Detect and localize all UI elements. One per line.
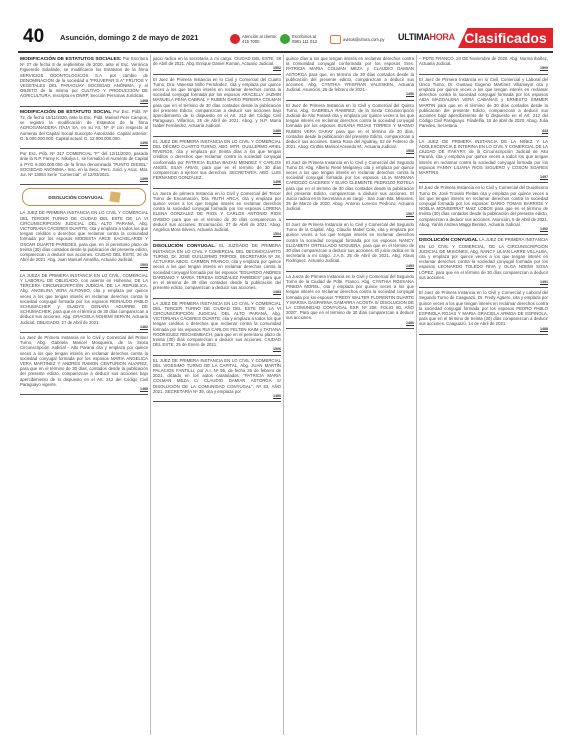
notice-body: El Juez de Primera Instancia en lo Civil… [286, 103, 414, 150]
notice-code: 1482 [20, 325, 148, 330]
page-header: 40 Asunción, domingo 2 de mayo de 2021 A… [18, 28, 553, 50]
mail-icon [330, 35, 341, 44]
notice-body: LA JUEZ DE PRIMERA INSTANCIA DE LA NIÑEZ… [419, 139, 548, 175]
notice-body: El Juez de Primera Instancia en lo Civil… [419, 290, 548, 326]
notice-body: EL JUEZ DE PRIMERA INSTANCIA EN LO CIVIL… [153, 139, 281, 180]
notice-code: 1490 [153, 394, 281, 399]
notice-body: EL JUZGADO DE PRIMERA INSTANCIA EN LO CI… [153, 243, 281, 291]
contact-value: avisos@uhora.com.py [343, 37, 385, 42]
section-banner: DISOLUCIÓN CONYUGAL [22, 188, 146, 206]
notice-code: 1503 [20, 263, 148, 268]
notice-body: El Juez de Primera Instancia en lo Civil… [286, 222, 414, 263]
classified-notice: EL JUEZ DE PRIMERA INSTANCIA EN LO CIVIL… [153, 357, 281, 403]
notice-code: 1486 [286, 321, 414, 326]
notice-body: LA JUEZ DE PRIMERA INSTANCIA EN LO CIVIL… [20, 210, 148, 262]
classified-notice: La Juez de Primera Instancia en lo Civil… [20, 334, 148, 395]
notice-code: 1497 [419, 175, 548, 180]
contact-phone: Atención al cliente:415 7000 [230, 31, 277, 47]
column-4: – PDTE FRANCO, 23 DE Noviembre de 2020. … [417, 55, 550, 735]
notice-code: 1504 [153, 232, 281, 237]
page-number: 40 [23, 26, 44, 48]
notice-code: 443 [419, 129, 548, 134]
notice-body: – PDTE FRANCO, 23 DE Noviembre de 2020. … [419, 56, 548, 66]
notice-body: La Juez de Primera Instancia en lo Civil… [20, 335, 148, 387]
header-rule [18, 51, 553, 53]
contact-value: 415 7000 [242, 39, 259, 44]
notice-code: 1480 [153, 129, 281, 134]
classified-notice: – PDTE FRANCO, 23 DE Noviembre de 2020. … [419, 55, 548, 75]
classified-notice: LA JUEZ DE PRIMERA INSTANCIA EN LO CIVIL… [20, 209, 148, 270]
notice-body: El Juez de Primera Instancia en lo Civil… [153, 77, 281, 129]
classified-notice: DISOLUCIÓN CONYUGAL LA JUEZ DE PRIMERA I… [419, 236, 548, 288]
classified-notice: LA JUEZ DE PRIMERA INSTANCIA EN LO CIVIL… [153, 300, 281, 356]
notice-code: 1508 [286, 149, 414, 154]
notice-body: La Jueza de Primera Instancia en lo Civi… [286, 274, 414, 321]
classified-notice: El Juez de Primera Instancia en lo Civil… [419, 76, 548, 137]
classified-notice: El Juez de Primera Instancia en lo Civil… [286, 102, 414, 158]
classified-notice: Por Esc. Púb. Nº 317 COMERCIAL "F" del 1… [20, 150, 148, 185]
notice-code: 1502 [153, 66, 281, 71]
notice-body: LA JUEZ DE PRIMERA INSTANCIA EN LO CIVIL… [153, 301, 281, 348]
notice-body: El Juez de Primera Instancia en lo Civil… [419, 185, 548, 226]
classified-notice: El Juez de Primera Instancia en lo Civil… [419, 184, 548, 235]
notice-body: juicio radica en la secretaría a mi carg… [153, 56, 281, 66]
notice-code: 1496 [20, 141, 148, 146]
classified-notice: La Jueza de Primera Instancia en lo Civi… [286, 273, 414, 329]
contact-value: 0981 111 013 [292, 39, 317, 44]
classified-notice: LA JUEZ DE PRIMERA INSTANCIA DE LA NIÑEZ… [419, 138, 548, 184]
notice-code: 1488 [419, 327, 548, 332]
contact-email: avisos@uhora.com.py [330, 31, 385, 47]
classified-notice: EL JUEZ DE PRIMERA INSTANCIA EN LO CIVIL… [153, 138, 281, 189]
classified-notice: juicio radica en la secretaría a mi carg… [153, 55, 281, 75]
classifieds-columns: MODIFICACIÓN DE ESTATUTOS SOCIALES: Por … [18, 55, 553, 735]
brand-logo: ULTIMAHORA [398, 32, 455, 42]
classified-notice: La Jueza de primera Instancia en lo Civi… [153, 190, 281, 241]
whatsapp-icon [280, 34, 290, 44]
notice-code: 1496 [286, 92, 414, 97]
banner-label: DISOLUCIÓN CONYUGAL [48, 195, 103, 200]
notice-code: 1485 [20, 387, 148, 392]
classified-notice: MODIFICACIÓN DE ESTATUTOS SOCIALES: Por … [20, 55, 148, 107]
classified-notice: DISOLUCIÓN CONYUGAL. EL JUZGADO DE PRIME… [153, 242, 281, 299]
notice-body: LA JUEZ DE PRIMERA INSTANCIA EN LO CIVIL… [419, 237, 548, 279]
notice-body: Por Escritura Nº 27 de fecha 8 de septie… [20, 56, 148, 98]
column-1: MODIFICACIÓN DE ESTATUTOS SOCIALES: Por … [18, 55, 151, 735]
notice-body: LA JUEZA DE PRIMERA INSTANCIA EN LO CIVI… [20, 273, 148, 325]
classified-notice: MODIFICACIÓN DE ESTATUTO SOCIAL Por Esc.… [20, 108, 148, 149]
phone-icon [230, 34, 240, 44]
column-2: juicio radica en la secretaría a mi carg… [151, 55, 284, 735]
classified-notice: LA JUEZA DE PRIMERA INSTANCIA EN LO CIVI… [20, 272, 148, 333]
brand-b: HORA [430, 32, 455, 42]
notice-body: El Juez de Primera Instancia en lo Civil… [419, 77, 548, 129]
notice-code: 1498 [20, 99, 148, 104]
notice-code: 1507 [286, 212, 414, 217]
notice-body: Por Esc. Púb. Nº 317 COMERCIAL "F" del 1… [20, 151, 148, 177]
classified-notice: El Juez de Primera Instancia en lo Civil… [286, 159, 414, 220]
classified-notice: El Juez de Primera Instancia en lo Civil… [286, 221, 414, 272]
notice-body: El Juez de Primera Instancia en lo Civil… [286, 160, 414, 212]
notice-body: quince días a los que tengan interés en … [286, 56, 414, 92]
brand-a: ULTIMA [398, 32, 430, 42]
section-title: Clasificados [458, 28, 553, 48]
classified-notice: quince días a los que tengan interés en … [286, 55, 414, 101]
column-3: quince días a los que tengan interés en … [284, 55, 417, 735]
document-seal-icon [109, 192, 120, 203]
newspaper-page: 40 Asunción, domingo 2 de mayo de 2021 A… [18, 0, 553, 735]
notice-code: 1499 [20, 177, 148, 182]
page-date: Asunción, domingo 2 de mayo de 2021 [60, 33, 198, 42]
notice-code: 1483 [153, 290, 281, 295]
notice-code: 1492 [419, 227, 548, 232]
notice-code: 1496 [153, 180, 281, 185]
classified-notice: El Juez de Primera Instancia en lo Civil… [419, 289, 548, 335]
notice-code: 1493 [286, 264, 414, 269]
contact-whatsapp: Escríbinos al0981 111 013 [280, 31, 317, 47]
notice-code: 1491 [419, 280, 548, 285]
classified-notice: El Juez de Primera Instancia en lo Civil… [153, 76, 281, 137]
notice-body: La Jueza de primera Instancia en lo Civi… [153, 191, 281, 232]
notice-code: 1506 [153, 347, 281, 352]
notice-body: EL JUEZ DE PRIMERA INSTANCIA EN LO CIVIL… [153, 358, 281, 394]
notice-code: 1509 [419, 66, 548, 71]
